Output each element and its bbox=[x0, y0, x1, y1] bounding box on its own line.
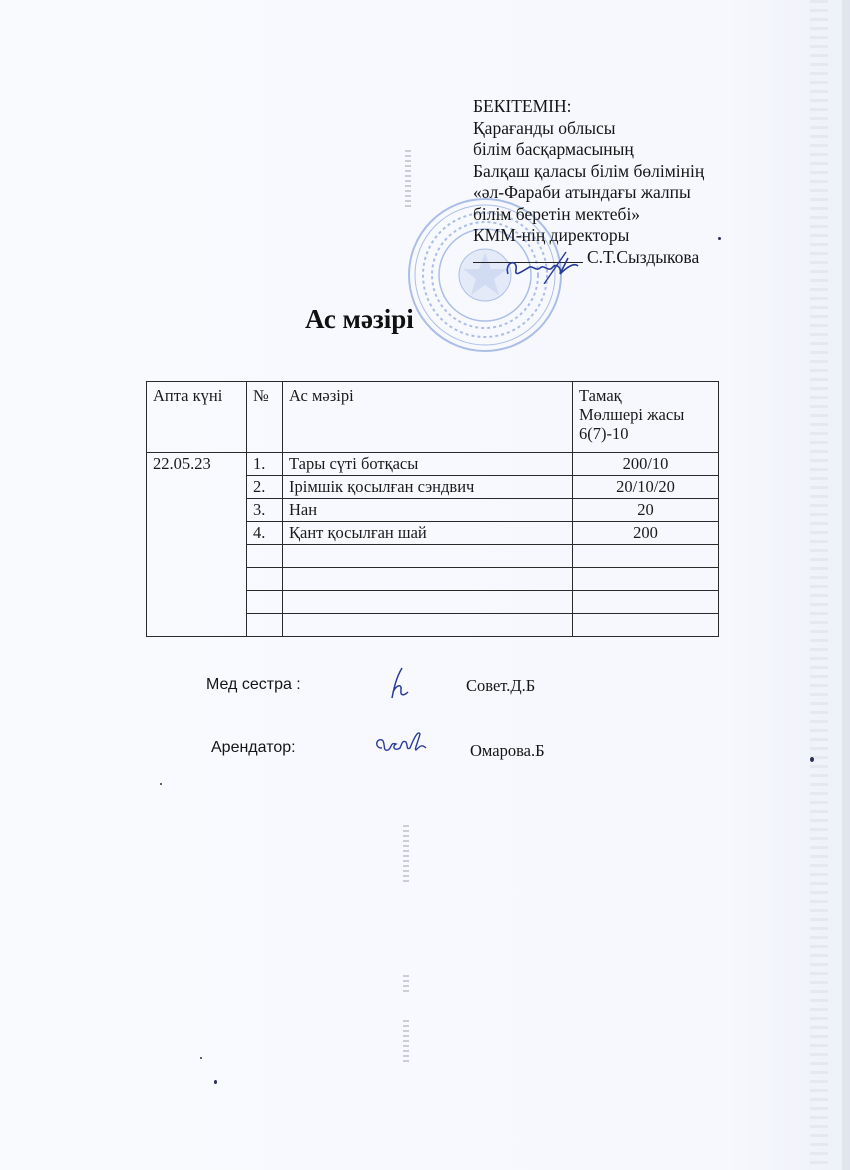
scan-artifact bbox=[160, 783, 162, 785]
row-number bbox=[247, 568, 283, 591]
row-number bbox=[247, 591, 283, 614]
row-dish bbox=[283, 591, 573, 614]
row-dish bbox=[283, 614, 573, 637]
approval-line: білім беретін мектебі» bbox=[473, 204, 773, 226]
row-number bbox=[247, 614, 283, 637]
row-number: 2. bbox=[247, 476, 283, 499]
table-row: 22.05.23 1. Тары сүті ботқасы 200/10 bbox=[147, 453, 719, 476]
scan-artifact bbox=[718, 237, 721, 240]
approval-line: Балқаш қаласы білім бөлімінің bbox=[473, 161, 773, 183]
scan-artifact bbox=[214, 1080, 217, 1084]
approval-line: білім басқармасының bbox=[473, 139, 773, 161]
row-portion: 20/10/20 bbox=[573, 476, 719, 499]
date-cell: 22.05.23 bbox=[147, 453, 247, 637]
row-portion: 200/10 bbox=[573, 453, 719, 476]
menu-table: Апта күні № Ас мәзірі Тамақ Мөлшері жасы… bbox=[146, 381, 719, 637]
scan-artifact bbox=[403, 1020, 409, 1065]
row-portion: 20 bbox=[573, 499, 719, 522]
header-day: Апта күні bbox=[147, 382, 247, 453]
header-dish: Ас мәзірі bbox=[283, 382, 573, 453]
row-dish bbox=[283, 568, 573, 591]
scan-artifact bbox=[810, 0, 828, 1170]
approval-line: КММ-нің директоры bbox=[473, 225, 773, 247]
page-title: Ас мәзірі bbox=[305, 304, 414, 335]
row-number: 3. bbox=[247, 499, 283, 522]
nurse-signature-icon bbox=[388, 666, 412, 700]
scan-artifact bbox=[403, 975, 409, 995]
scan-artifact bbox=[200, 1057, 202, 1059]
row-number: 4. bbox=[247, 522, 283, 545]
scan-artifact bbox=[405, 150, 411, 210]
table-header-row: Апта күні № Ас мәзірі Тамақ Мөлшері жасы… bbox=[147, 382, 719, 453]
row-portion bbox=[573, 545, 719, 568]
scanned-page: БЕКІТЕМІН: Қарағанды облысы білім басқар… bbox=[0, 0, 850, 1170]
tenant-name: Омарова.Б bbox=[470, 741, 545, 761]
scan-artifact bbox=[842, 0, 850, 1170]
row-portion bbox=[573, 591, 719, 614]
nurse-name: Совет.Д.Б bbox=[466, 676, 535, 696]
row-portion bbox=[573, 568, 719, 591]
director-signature-icon bbox=[500, 248, 590, 284]
row-number: 1. bbox=[247, 453, 283, 476]
row-dish bbox=[283, 545, 573, 568]
row-dish: Ірімшік қосылған сэндвич bbox=[283, 476, 573, 499]
row-dish: Тары сүті ботқасы bbox=[283, 453, 573, 476]
header-portion-line: Тамақ bbox=[579, 386, 712, 405]
approval-block: БЕКІТЕМІН: Қарағанды облысы білім басқар… bbox=[473, 96, 773, 268]
approval-heading: БЕКІТЕМІН: bbox=[473, 96, 773, 118]
director-name: С.Т.Сыздыкова bbox=[587, 247, 699, 267]
approval-line: Қарағанды облысы bbox=[473, 118, 773, 140]
row-portion: 200 bbox=[573, 522, 719, 545]
tenant-signature-icon bbox=[372, 728, 428, 758]
scan-artifact bbox=[403, 825, 409, 885]
header-portion-line: Мөлшері жасы bbox=[579, 405, 712, 424]
header-number: № bbox=[247, 382, 283, 453]
tenant-label: Арендатор: bbox=[211, 739, 296, 757]
scan-artifact bbox=[810, 757, 814, 762]
header-portion-line: 6(7)-10 bbox=[579, 424, 712, 443]
header-portion: Тамақ Мөлшері жасы 6(7)-10 bbox=[573, 382, 719, 453]
row-portion bbox=[573, 614, 719, 637]
nurse-label: Мед сестра : bbox=[206, 676, 301, 694]
row-dish: Нан bbox=[283, 499, 573, 522]
row-number bbox=[247, 545, 283, 568]
approval-line: «әл-Фараби атындағы жалпы bbox=[473, 182, 773, 204]
row-dish: Қант қосылған шай bbox=[283, 522, 573, 545]
